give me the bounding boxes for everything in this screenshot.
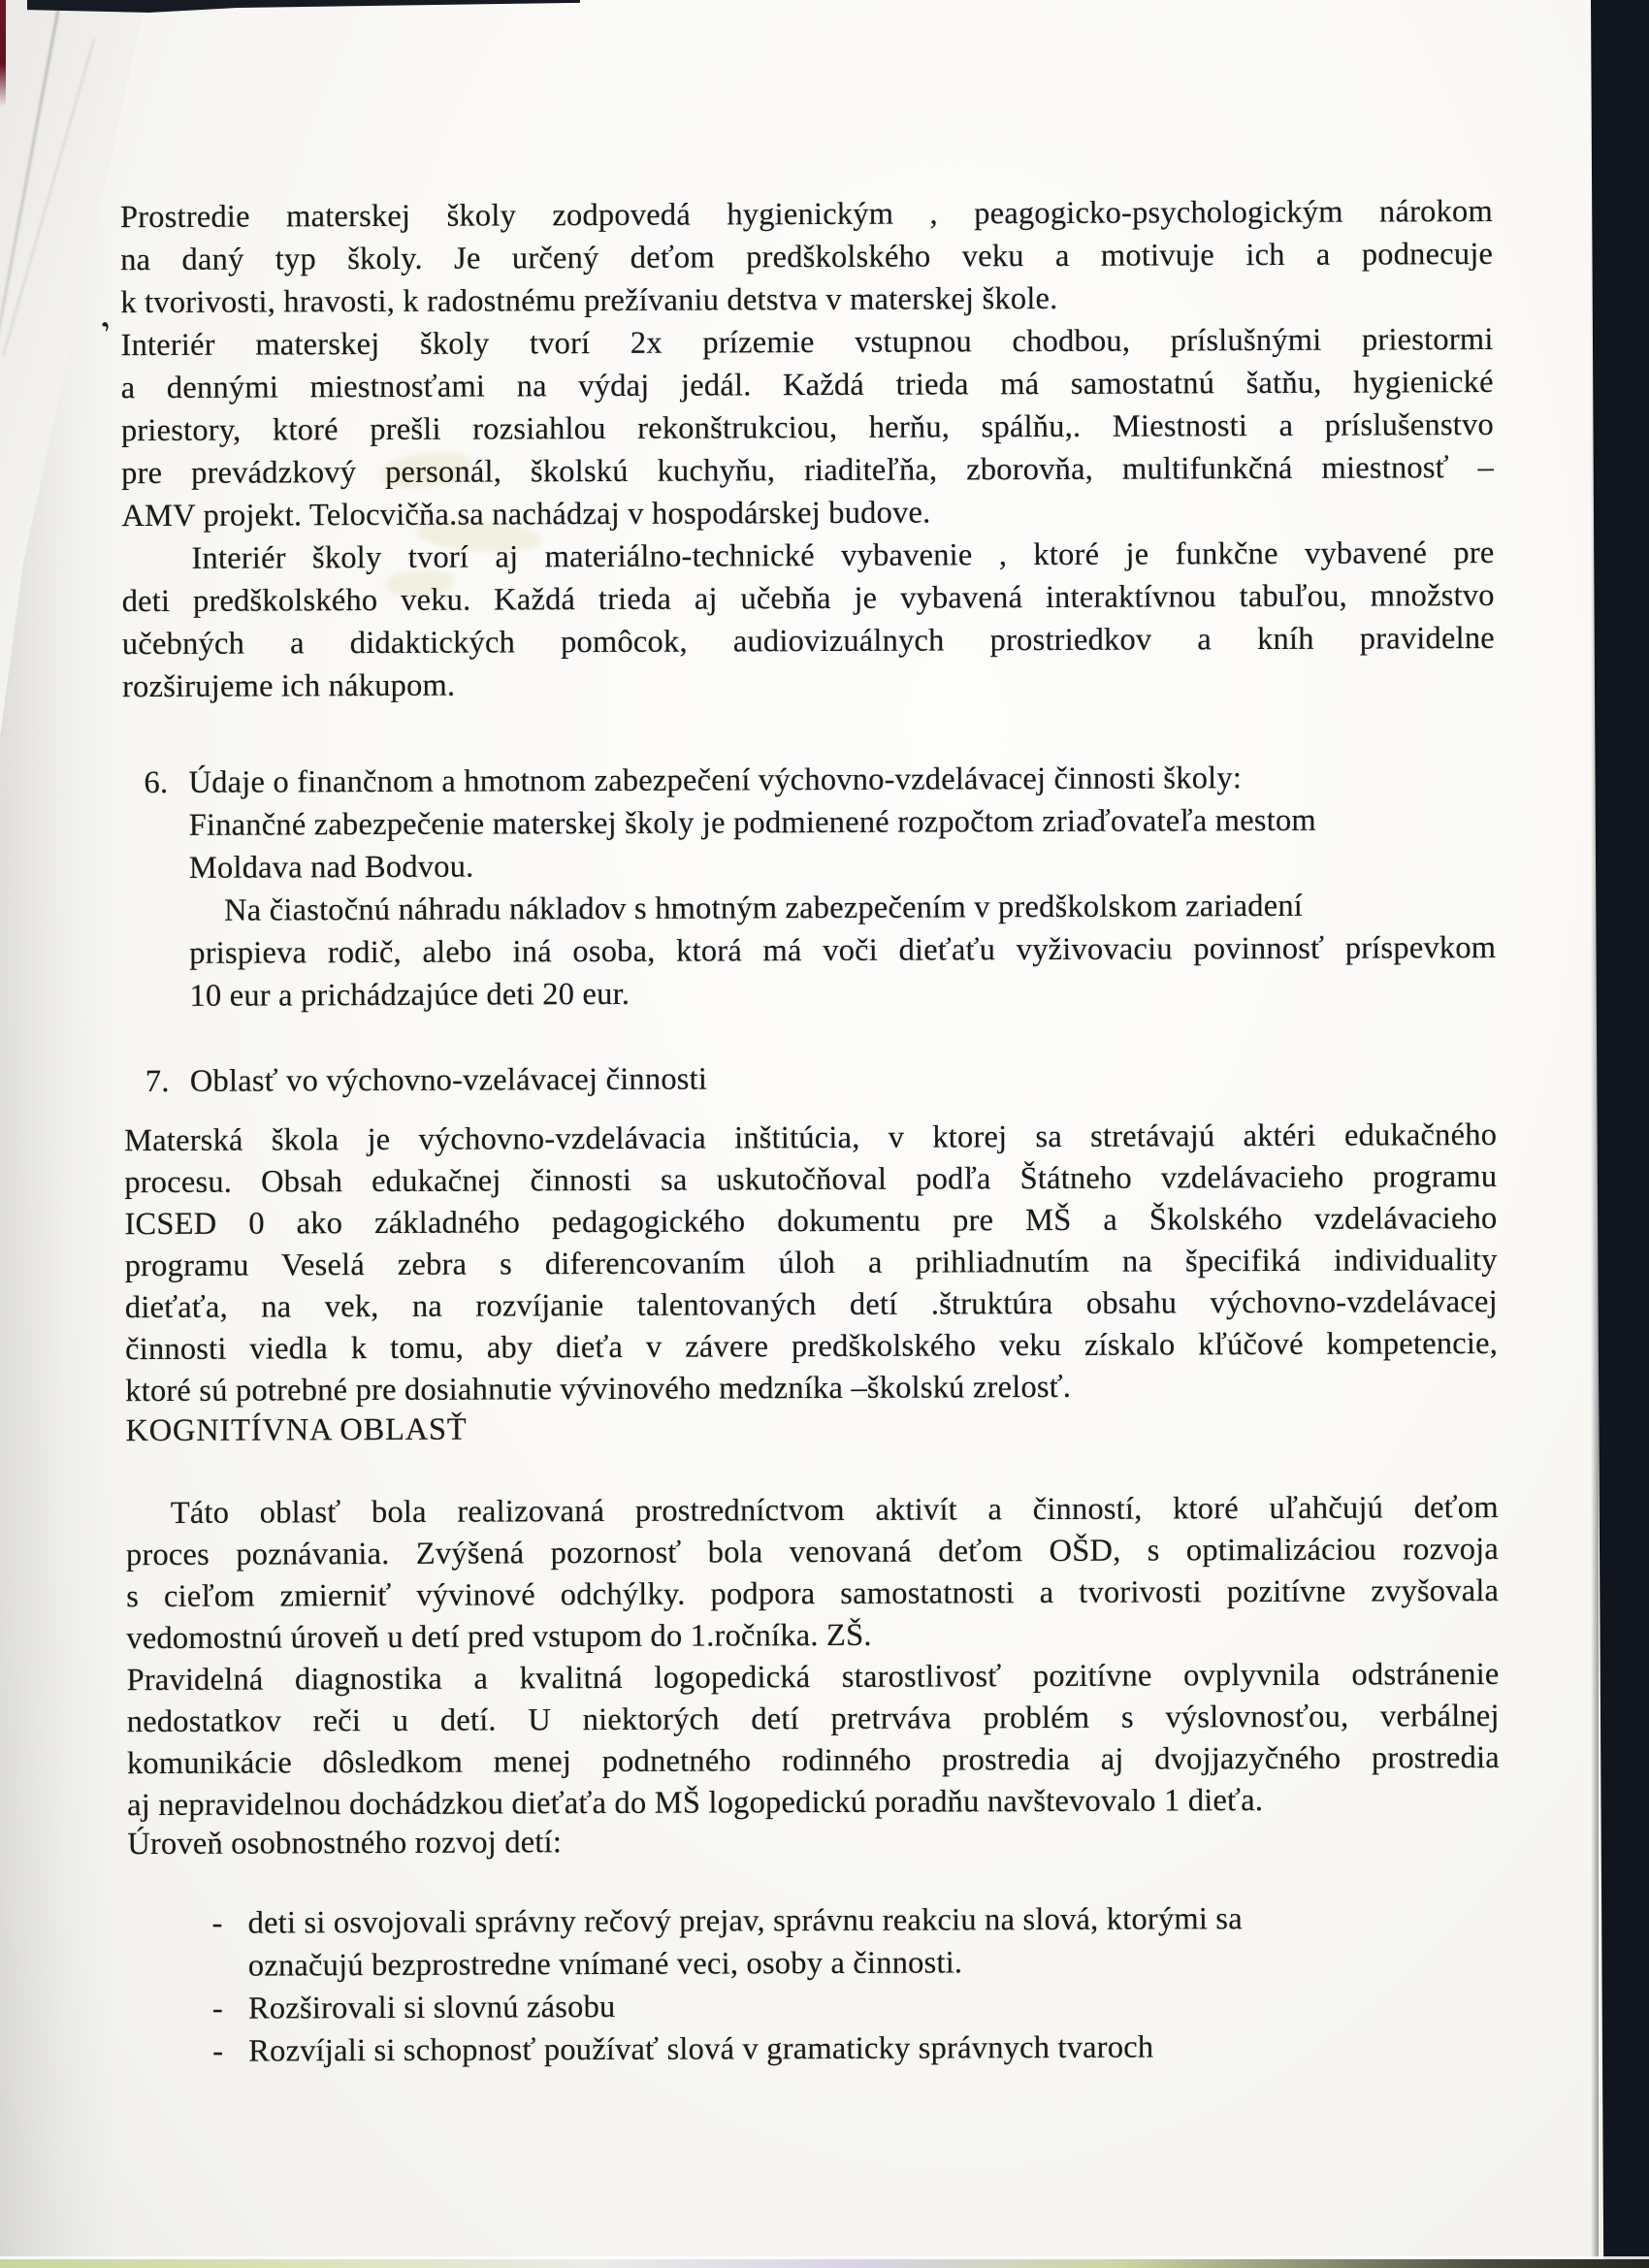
text-line: Pravidelná diagnostika a kvalitná logope… [126, 1654, 1499, 1701]
paragraph-interier: Interiér materskej školy tvorí 2x prízem… [120, 318, 1494, 537]
text-line: k tvorivosti, hravosti, k radostnému pre… [120, 275, 1493, 324]
text-line: s cieľom zmierniť vývinové odchýlky. pod… [126, 1571, 1499, 1618]
text-line: deti predškolského veku. Každá trieda aj… [122, 574, 1495, 623]
bullet-dash: - [212, 1902, 223, 1945]
text-line: Moldava nad Bodvou. [189, 841, 1496, 890]
list-item: - Rozvíjali si schopnosť používať slová … [128, 2025, 1501, 2073]
list-intro-uroven: Úroveň osobnostného rozvoj detí: [127, 1817, 1500, 1865]
text-line: na daný typ školy. Je určený deťom predš… [120, 233, 1493, 281]
text-line: Na čiastočnú náhradu nákladov s hmotným … [189, 884, 1496, 932]
heading-text: KOGNITÍVNA OBLASŤ [125, 1404, 1498, 1452]
text-line: Prostredie materskej školy zodpovedá hyg… [120, 190, 1493, 239]
text-line: Táto oblasť bola realizovaná prostredníc… [126, 1487, 1499, 1535]
paragraph-materska-skola: Materská škola je výchovno-vzdelávacia i… [124, 1115, 1498, 1412]
text-line: rozširujeme ich nákupom. [122, 660, 1495, 708]
text-line: prispieva rodič, alebo iná osoba, ktorá … [189, 926, 1496, 975]
text-line: komunikácie dôsledkom menej podnetného r… [127, 1737, 1500, 1785]
text-line: a dennými miestnosťami na výdaj jedál. K… [121, 361, 1494, 409]
list-item: - Rozširovali si slovnú zásobu [128, 1982, 1501, 2030]
paragraph-vybavenie: Interiér školy tvorí aj materiálno-techn… [121, 532, 1495, 708]
list-number: 7. [145, 1060, 170, 1103]
text-line: nedostatkov reči u detí. U niektorých de… [127, 1696, 1500, 1743]
list-number: 6. [144, 761, 168, 804]
text-line: pre prevádzkový personál, školskú kuchyň… [121, 446, 1494, 495]
bullet-dash: - [212, 2030, 223, 2073]
text-line: Finančné zabezpečenie materskej školy je… [189, 798, 1496, 847]
scanner-bottom-strip [0, 2259, 1649, 2268]
text-line: Rozširovali si slovnú zásobu [248, 1982, 1501, 2030]
section-heading-kognitivna: KOGNITÍVNA OBLASŤ [125, 1404, 1498, 1452]
document-text: Prostredie materskej školy zodpovedá hyg… [0, 0, 1649, 2268]
text-line: činnosti viedla k tomu, aby dieťa v záve… [125, 1323, 1498, 1371]
text-line: Interiér školy tvorí aj materiálno-techn… [121, 532, 1494, 580]
text-line: Materská škola je výchovno-vzdelávacia i… [124, 1115, 1497, 1162]
text-line: programu Veselá zebra s diferencovaním ú… [125, 1240, 1498, 1287]
text-line: Údaje o finančnom a hmotnom zabezpečení … [188, 756, 1495, 804]
numbered-item-7: 7. Oblasť vo výchovno-vzelávacej činnost… [124, 1054, 1497, 1103]
text-line: Interiér materskej školy tvorí 2x prízem… [120, 318, 1493, 367]
text-line: učebných a didaktických pomôcok, audiovi… [122, 617, 1495, 665]
numbered-item-6: 6. Údaje o finančnom a hmotnom zabezpeče… [122, 756, 1496, 1018]
text-line: priestory, ktoré prešli rozsiahlou rekon… [121, 404, 1494, 452]
text-line: 10 eur a prichádzajúce deti 20 eur. [189, 969, 1496, 1018]
scanned-page: , Prostredie materskej školy zodpovedá h… [0, 0, 1649, 2268]
text-line: vedomostnú úroveň u detí pred vstupom do… [126, 1612, 1499, 1660]
text-line: proces poznávania. Zvýšená pozornosť bol… [126, 1529, 1499, 1576]
text-line: označujú bezprostredne vnímané veci, oso… [248, 1939, 1501, 1988]
text-line: Oblasť vo výchovno-vzelávacej činnosti [190, 1054, 1497, 1103]
text-line: Rozvíjali si schopnosť používať slová v … [248, 2025, 1501, 2073]
text-line: ICSED 0 ako základného pedagogického dok… [124, 1198, 1497, 1246]
bullet-dash: - [212, 1988, 223, 2030]
text-line: Úroveň osobnostného rozvoj detí: [127, 1817, 1500, 1865]
paragraph-prostredie: Prostredie materskej školy zodpovedá hyg… [120, 190, 1494, 324]
text-line: dieťaťa, na vek, na rozvíjanie talentova… [125, 1281, 1498, 1329]
text-line: deti si osvojovali správny rečový prejav… [248, 1896, 1501, 1945]
text-line: AMV projekt. Telocvičňa.sa nachádzaj v h… [121, 489, 1494, 537]
list-item: - deti si osvojovali správny rečový prej… [128, 1896, 1501, 1988]
bullet-list: - deti si osvojovali správny rečový prej… [128, 1896, 1502, 2073]
text-line: procesu. Obsah edukačnej činnosti sa usk… [124, 1156, 1497, 1204]
paragraph-tato-oblast: Táto oblasť bola realizovaná prostredníc… [126, 1487, 1500, 1827]
